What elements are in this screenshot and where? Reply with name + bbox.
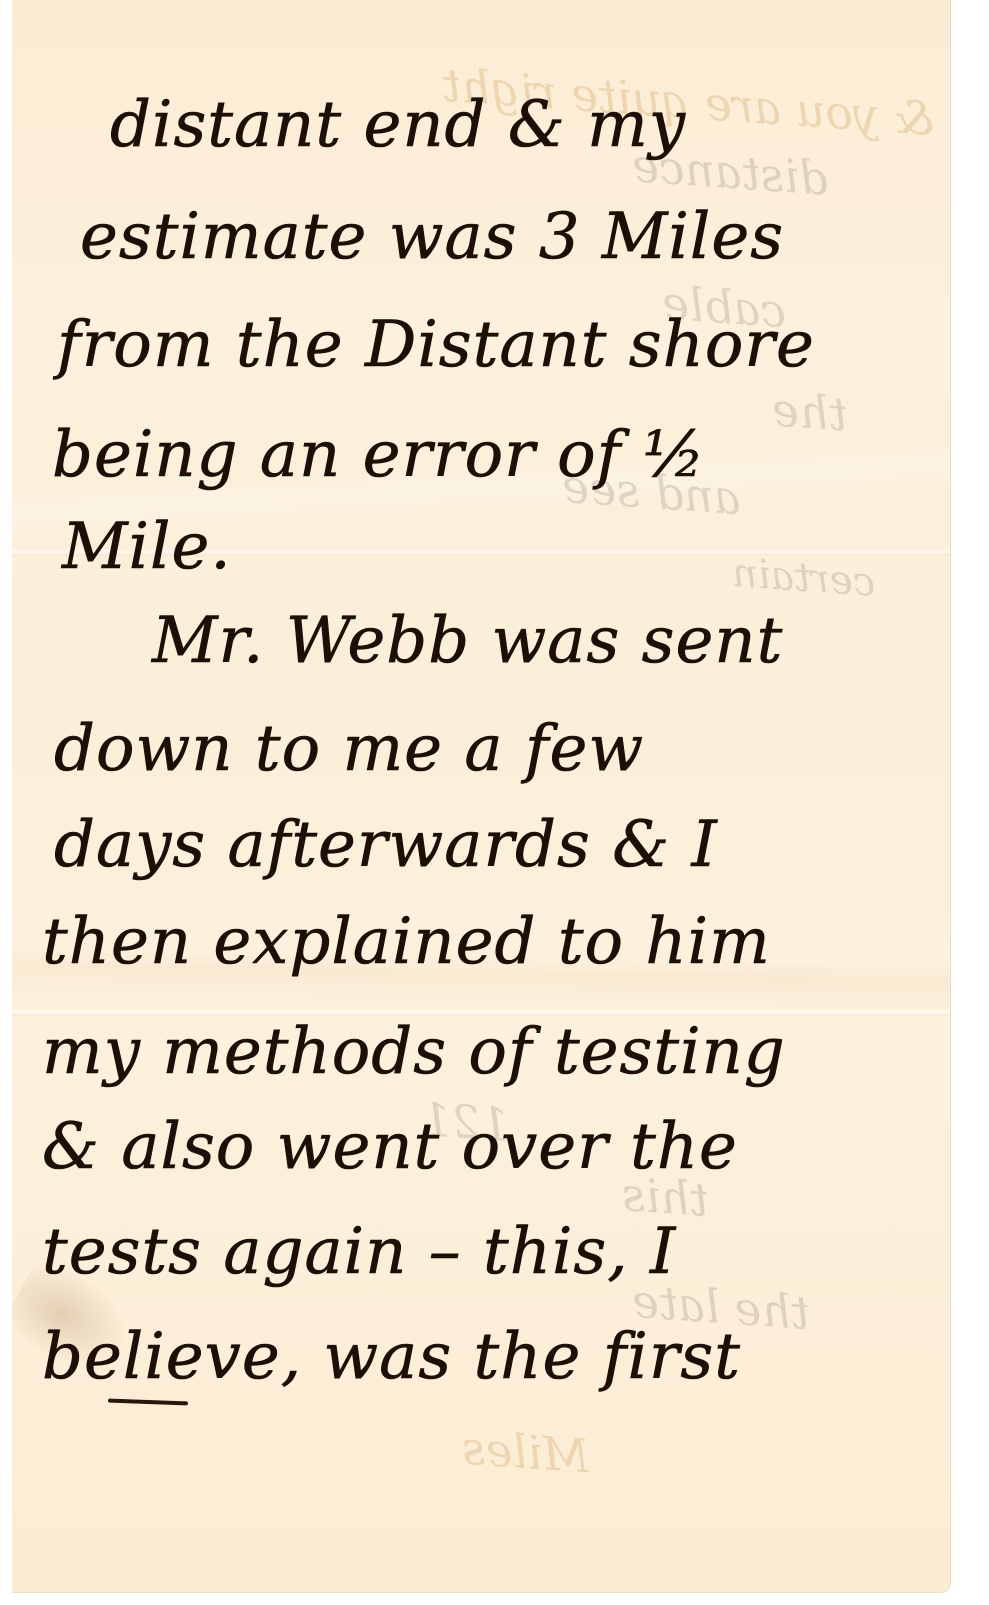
letter-line-6: Mr. Webb was sent [152,604,783,678]
letter-line-1: distant end & my [110,88,686,162]
bleed-through-text: certain [731,550,878,606]
bleed-through-text: the [770,382,849,441]
letter-line-4: being an error of ½ [52,418,706,492]
letter-line-7: down to me a few [54,712,644,786]
letter-line-9: then explained to him [42,905,771,979]
letter-line-3: from the Distant shore [57,308,815,382]
believe-underline [108,1399,188,1406]
bleed-through-text: Miles [460,1421,591,1484]
letter-line-8: days afterwards & I [54,808,718,882]
letter-page: & you are quite right distance cable the… [12,0,951,1593]
letter-line-13: believe, was the first [42,1320,741,1394]
letter-line-10: my methods of testing [42,1015,786,1089]
letter-line-5: Mile. [62,510,232,584]
letter-line-2: estimate was 3 Miles [80,200,784,274]
letter-line-12: tests again – this, I [42,1215,676,1289]
letter-line-11: & also went over the [42,1110,738,1184]
